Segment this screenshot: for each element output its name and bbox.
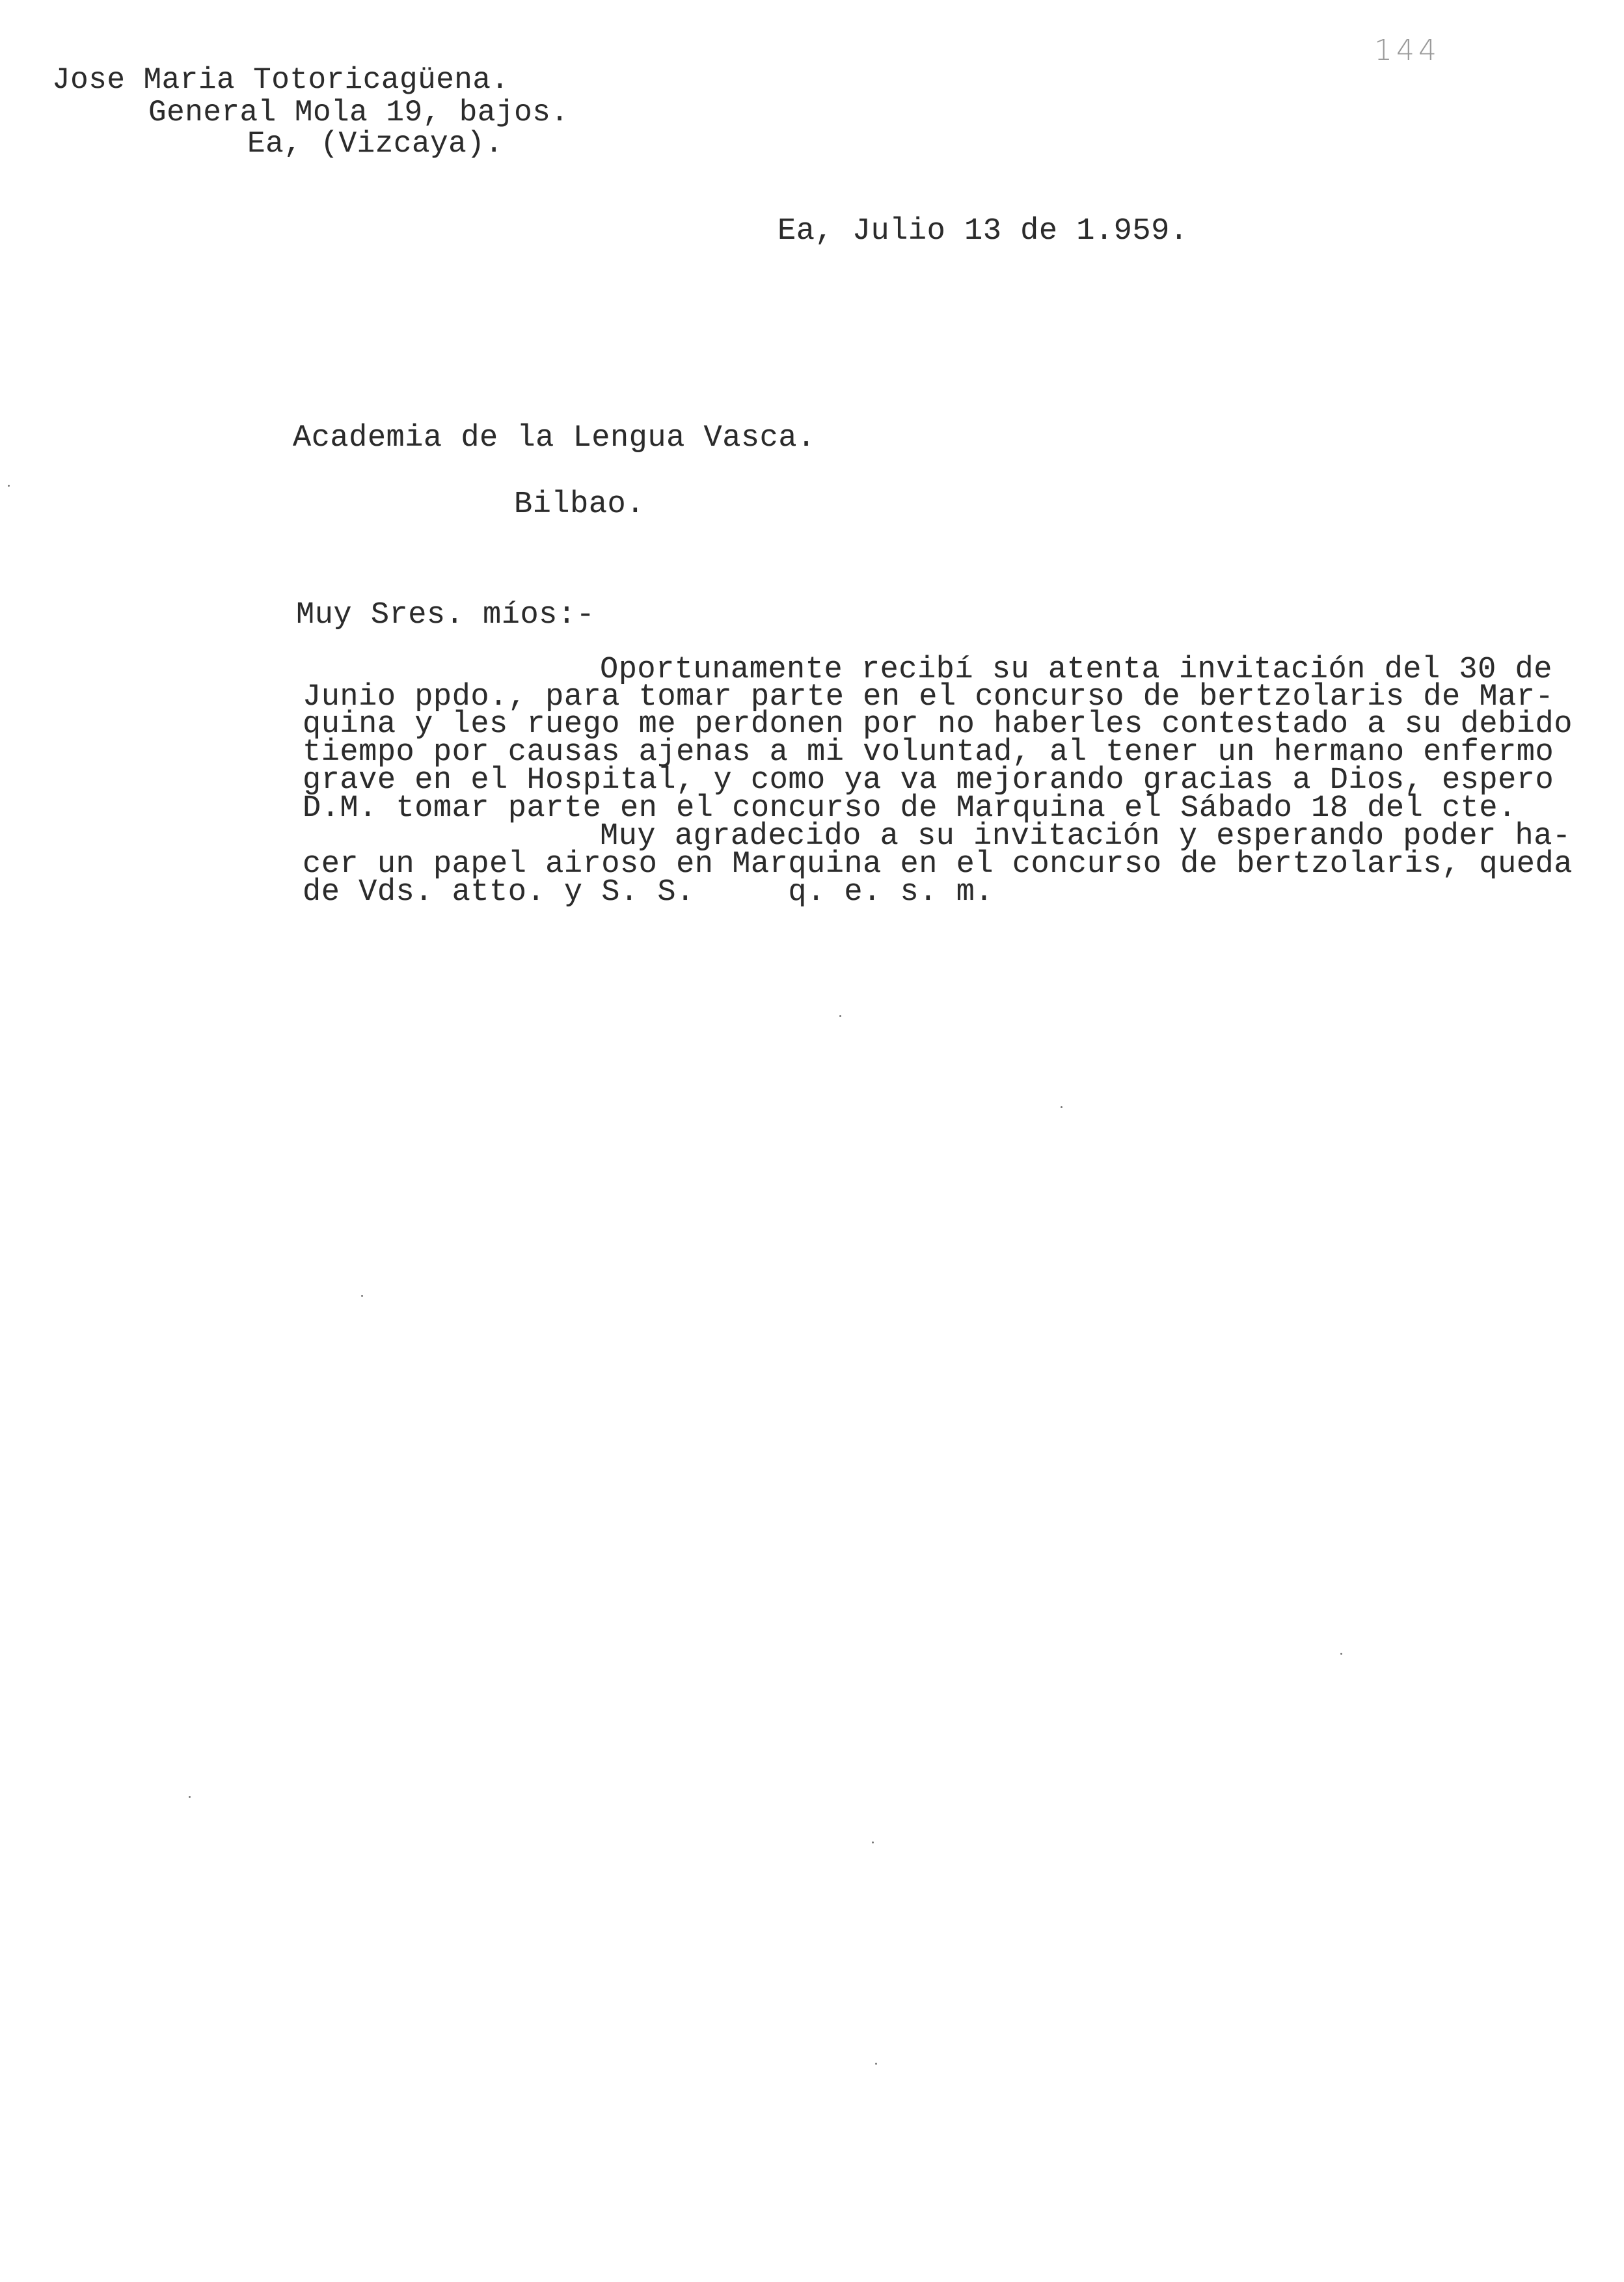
scan-speck [189,1796,191,1798]
salutation: Muy Sres. míos:- [296,600,595,631]
scan-speck [8,485,10,487]
scan-speck [872,1841,874,1843]
body-line: de Vds. atto. y S. S. q. e. s. m. [303,877,994,908]
letter-page: 144 Jose Maria Totoricagüena. General Mo… [0,0,1624,2282]
sender-city: Ea, (Vizcaya). [247,129,503,159]
scan-speck [839,1015,841,1017]
recipient-city: Bilbao. [514,489,645,520]
scan-speck [875,2063,877,2065]
scan-speck [1061,1106,1062,1108]
recipient-organization: Academia de la Lengua Vasca. [293,423,816,454]
scan-speck [1340,1653,1342,1655]
page-number-mark: 144 [1374,34,1441,67]
sender-address: General Mola 19, bajos. [148,98,569,128]
sender-name: Jose Maria Totoricagüena. [52,65,509,96]
scan-speck [361,1295,363,1297]
date-line: Ea, Julio 13 de 1.959. [778,216,1189,247]
